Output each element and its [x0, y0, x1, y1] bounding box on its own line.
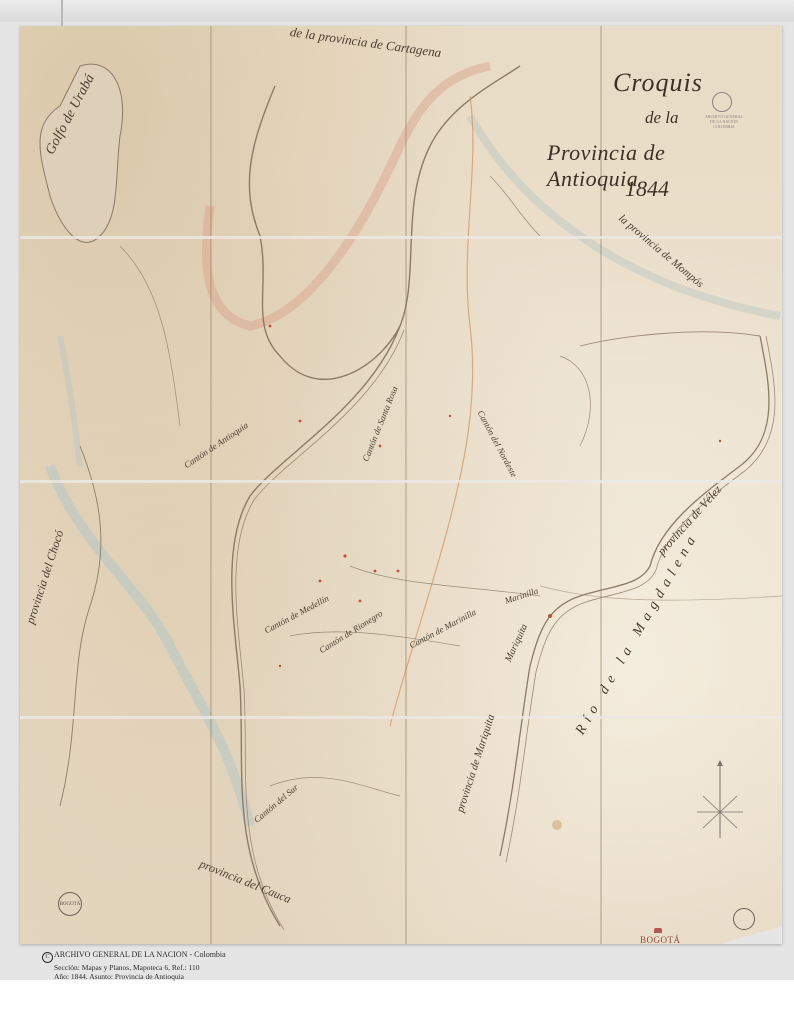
map-title-year: 1844 [625, 176, 669, 202]
cauca-river-south [232, 326, 400, 926]
bogota-crown-icon [654, 928, 662, 933]
red-boundary-band [206, 66, 490, 326]
caption-line-section: Sección: Mapas y Planos, Mapoteca 6, Ref… [42, 963, 226, 972]
archive-seal-text: ARCHIVO GENERAL DE LA NACIÓN COLOMBIA [704, 114, 744, 129]
ink-stain [552, 820, 562, 830]
northeast-boundary [580, 332, 760, 346]
torn-corner [720, 926, 782, 944]
fold-line [210, 26, 212, 944]
cauca-river [249, 66, 520, 379]
map-title-sub: de la [645, 108, 679, 128]
bogota-stamp: BOGOTÁ [58, 892, 82, 916]
archive-caption: CARCHIVO GENERAL DE LA NACION - Colombia… [42, 950, 226, 981]
archive-seal-icon [712, 92, 732, 112]
compass-rose-icon [695, 760, 745, 840]
tributary [490, 176, 540, 236]
library-stamp [733, 908, 755, 930]
west-strip [60, 336, 80, 466]
copyright-icon: C [42, 952, 53, 963]
caption-line-subject: Año: 1844. Asunto: Provincia de Antioqui… [42, 972, 226, 981]
map-title: Croquis [613, 68, 703, 98]
tributary [560, 356, 590, 446]
caption-archive-name: ARCHIVO GENERAL DE LA NACION - Colombia [54, 950, 226, 959]
map-title-block: Croquis de la Provincia de Antioquia 184… [545, 68, 745, 208]
bogota-mark: BOGOTÁ [640, 935, 681, 945]
fold-line [20, 480, 782, 483]
caption-line-archive: CARCHIVO GENERAL DE LA NACION - Colombia [42, 950, 226, 963]
tributary [350, 566, 540, 596]
mount-crease [61, 0, 63, 26]
fold-line [20, 236, 782, 239]
fold-line [405, 26, 407, 944]
atrato-river [50, 466, 250, 826]
tributary [120, 246, 180, 426]
fold-line [20, 716, 782, 719]
mount-edge [0, 0, 794, 22]
